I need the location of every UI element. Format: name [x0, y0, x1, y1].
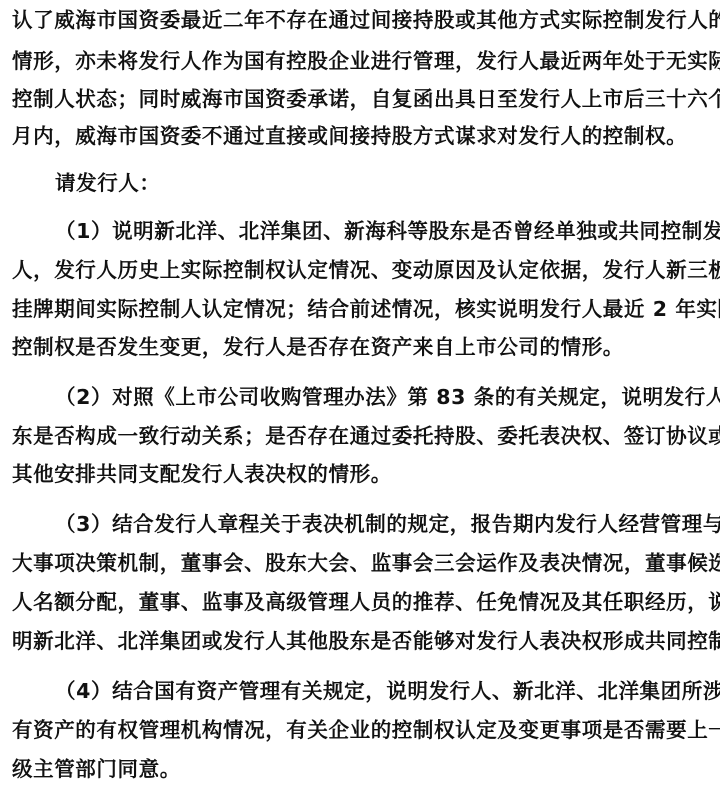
question-3-line: 人名额分配，董事、监事及高级管理人员的推荐、任免情况及其任职经历，说 — [12, 589, 706, 615]
question-1-line: （1）说明新北洋、北洋集团、新海科等股东是否曾经单独或共同控制发行 — [55, 218, 706, 244]
question-1-line: 挂牌期间实际控制人认定情况；结合前述情况，核实说明发行人最近 2 年实际 — [12, 296, 706, 322]
question-2-line: 东是否构成一致行动关系；是否存在通过委托持股、委托表决权、签订协议或 — [12, 423, 706, 449]
question-3-line: 明新北洋、北洋集团或发行人其他股东是否能够对发行人表决权形成共同控制。 — [12, 628, 706, 654]
question-3-line: （3）结合发行人章程关于表决机制的规定，报告期内发行人经营管理与重 — [55, 511, 706, 537]
question-4-line: 有资产的有权管理机构情况，有关企业的控制权认定及变更事项是否需要上一 — [12, 717, 706, 743]
text-line: 认了威海市国资委最近二年不存在通过间接持股或其他方式实际控制发行人的 — [12, 7, 706, 33]
text-line: 情形，亦未将发行人作为国有控股企业进行管理，发行人最近两年处于无实际 — [12, 48, 706, 74]
question-4-line: （4）结合国有资产管理有关规定，说明发行人、新北洋、北洋集团所涉国 — [55, 678, 706, 704]
question-3-line: 大事项决策机制，董事会、股东大会、监事会三会运作及表决情况，董事候选 — [12, 550, 706, 576]
text-line: 控制人状态；同时威海市国资委承诺，自复函出具日至发行人上市后三十六个 — [12, 86, 706, 112]
request-heading: 请发行人： — [55, 170, 161, 196]
question-2-line: （2）对照《上市公司收购管理办法》第 83 条的有关规定，说明发行人股 — [55, 384, 706, 410]
question-4-line: 级主管部门同意。 — [12, 756, 181, 782]
question-1-line: 人，发行人历史上实际控制权认定情况、变动原因及认定依据，发行人新三板 — [12, 257, 706, 283]
text-line: 月内，威海市国资委不通过直接或间接持股方式谋求对发行人的控制权。 — [12, 123, 687, 149]
question-1-line: 控制权是否发生变更，发行人是否存在资产来自上市公司的情形。 — [12, 334, 624, 360]
question-2-line: 其他安排共同支配发行人表决权的情形。 — [12, 461, 392, 487]
